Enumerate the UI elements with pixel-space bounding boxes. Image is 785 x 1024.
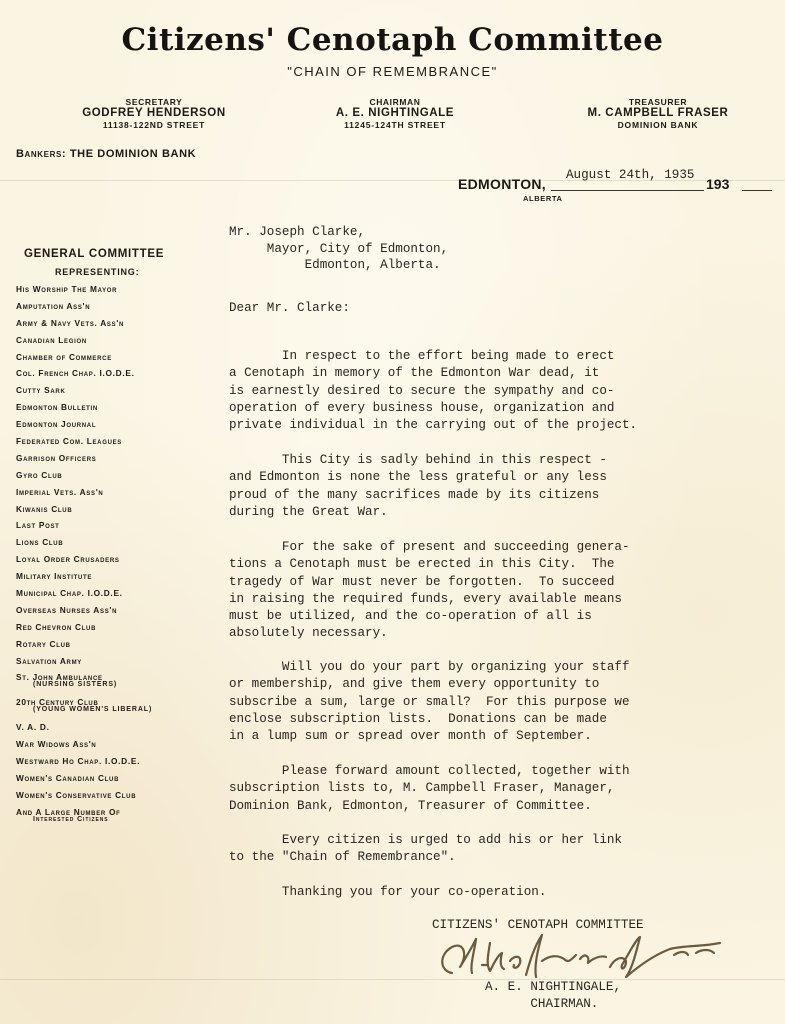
officer-role: TREASURER	[548, 97, 768, 107]
letter-paragraph: In respect to the effort being made to e…	[229, 348, 637, 434]
committee-member: Edmonton Journal	[16, 418, 206, 435]
committee-member: Federated Com. Leagues	[16, 435, 206, 452]
committee-member: Rotary Club	[16, 638, 206, 655]
committee-member: Salvation Army	[16, 655, 206, 672]
committee-member: Amputation Ass'n	[16, 300, 206, 317]
committee-member: Red Chevron Club	[16, 621, 206, 638]
committee-member-list: His Worship The Mayor Amputation Ass'n A…	[16, 283, 206, 831]
year-prefix: 193	[706, 176, 729, 192]
province-label: ALBERTA	[523, 194, 562, 203]
committee-member: Municipal Chap. I.O.D.E.	[16, 587, 206, 604]
officer-chairman: CHAIRMAN A. E. NIGHTINGALE 11245-124TH S…	[285, 97, 505, 131]
recipient-address: Mr. Joseph Clarke, Mayor, City of Edmont…	[229, 224, 448, 274]
general-committee-title: GENERAL COMMITTEE	[24, 248, 184, 260]
officer-address: DOMINION BANK	[548, 120, 768, 131]
committee-member: St. John Ambulance(NURSING SISTERS)	[16, 671, 206, 696]
committee-member: Women's Canadian Club	[16, 772, 206, 789]
committee-member: Last Post	[16, 519, 206, 536]
salutation: Dear Mr. Clarke:	[229, 301, 350, 315]
letterhead-title: Citizens' Cenotaph Committee	[0, 22, 785, 58]
officer-role: CHAIRMAN	[285, 97, 505, 107]
committee-member: Edmonton Bulletin	[16, 401, 206, 418]
committee-member: War Widows Ass'n	[16, 738, 206, 755]
letter-paragraph: This City is sadly behind in this respec…	[229, 452, 607, 521]
letter-paragraph: Thanking you for your co-operation.	[229, 884, 546, 901]
handwritten-signature-icon	[430, 925, 750, 981]
committee-member: Loyal Order Crusaders	[16, 553, 206, 570]
officer-secretary: SECRETARY GODFREY HENDERSON 11138-122ND …	[44, 97, 264, 131]
officer-name: GODFREY HENDERSON	[44, 107, 264, 120]
committee-member: Gyro Club	[16, 469, 206, 486]
committee-member: Canadian Legion	[16, 334, 206, 351]
officer-treasurer: TREASURER M. CAMPBELL FRASER DOMINION BA…	[548, 97, 768, 131]
typed-date: August 24th, 1935	[566, 168, 694, 182]
committee-member: Imperial Vets. Ass'n	[16, 486, 206, 503]
committee-member: V. A. D.	[16, 721, 206, 738]
committee-member: Chamber of Commerce	[16, 351, 206, 368]
committee-member: Military Institute	[16, 570, 206, 587]
general-committee-subtitle: REPRESENTING:	[55, 267, 139, 277]
signer-name: A. E. NIGHTINGALE, CHAIRMAN.	[485, 979, 621, 1013]
committee-member: Westward Ho Chap. I.O.D.E.	[16, 755, 206, 772]
letter-paragraph: For the sake of present and succeeding g…	[229, 539, 630, 643]
committee-member: Col. French Chap. I.O.D.E.	[16, 367, 206, 384]
letter-paragraph: Will you do your part by organizing your…	[229, 659, 630, 745]
committee-member: Army & Navy Vets. Ass'n	[16, 317, 206, 334]
letter-paragraph: Every citizen is urged to add his or her…	[229, 832, 622, 867]
committee-member: Overseas Nurses Ass'n	[16, 604, 206, 621]
committee-member: Kiwanis Club	[16, 503, 206, 520]
place-label: EDMONTON,	[458, 176, 546, 192]
committee-member: Lions Club	[16, 536, 206, 553]
committee-member: Cutty Sark	[16, 384, 206, 401]
bankers-line: Bankers: THE DOMINION BANK	[16, 148, 196, 160]
letter-paragraph: Please forward amount collected, togethe…	[229, 763, 630, 815]
officer-name: M. CAMPBELL FRASER	[548, 107, 768, 120]
committee-member: And A Large Number OfInterested Citizens	[16, 806, 206, 831]
year-underline	[742, 190, 772, 191]
officer-address: 11245-124TH STREET	[285, 120, 505, 131]
committee-member: Women's Conservative Club	[16, 789, 206, 806]
officer-name: A. E. NIGHTINGALE	[285, 107, 505, 120]
letterhead-motto: "CHAIN OF REMEMBRANCE"	[0, 64, 785, 79]
committee-member: 20th Century Club(YOUNG WOMEN'S LIBERAL)	[16, 696, 206, 721]
officer-role: SECRETARY	[44, 97, 264, 107]
committee-member: His Worship The Mayor	[16, 283, 206, 300]
date-underline	[551, 190, 704, 191]
committee-member: Garrison Officers	[16, 452, 206, 469]
officer-address: 11138-122ND STREET	[44, 120, 264, 131]
